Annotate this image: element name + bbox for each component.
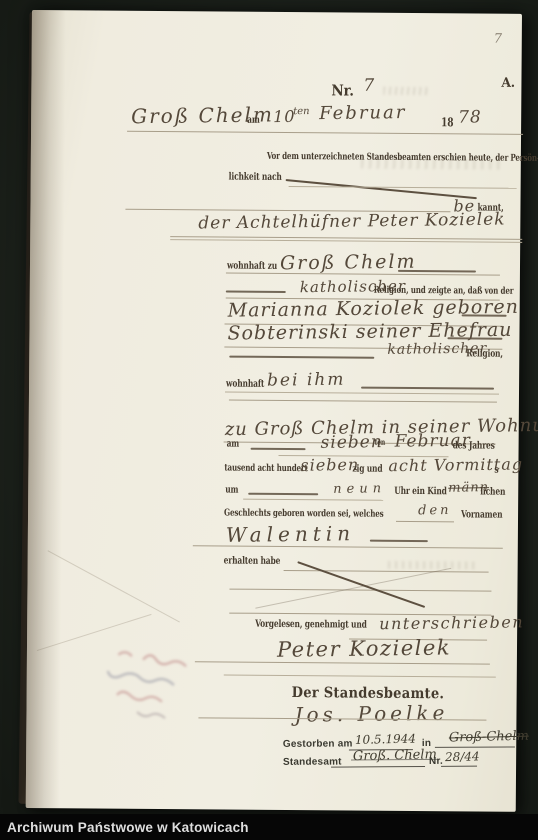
archive-caption-bar: Archiwum Państwowe w Katowicach — [0, 814, 538, 840]
ink-ghost-artifact — [388, 561, 478, 570]
stamp-rule — [435, 746, 515, 747]
stamp-nr-value: 28/44 — [445, 749, 480, 764]
death-place: Groß-Chelm — [449, 729, 529, 746]
document-scan: 7 A. Nr. 7 Groß Chelm am 10 ten Februar … — [0, 0, 538, 840]
ink-ghost-artifact — [361, 159, 501, 170]
register-page: 7 A. Nr. 7 Groß Chelm am 10 ten Februar … — [26, 10, 522, 812]
death-date: 10.5.1944 — [355, 732, 416, 747]
stamp-rule — [349, 766, 425, 767]
gestorben-label: Gestorben am — [283, 738, 353, 749]
standesamt-office: Groß. Chelm — [353, 747, 437, 764]
archive-name: Archiwum Państwowe w Katowicach — [0, 820, 249, 835]
stamp-rule — [331, 766, 351, 767]
stamp-rule — [441, 766, 477, 767]
stamp-bleed-artifact — [48, 620, 199, 731]
